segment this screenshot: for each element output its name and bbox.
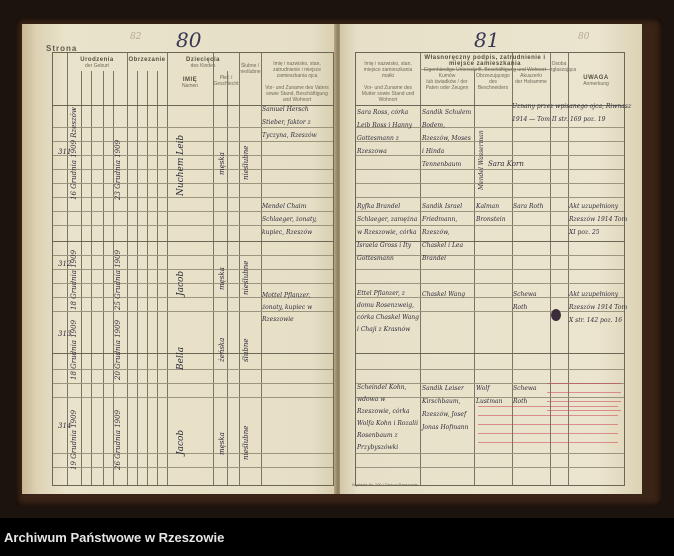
entry-sex: żeńska [218, 338, 226, 362]
register-scan: 82 80 Strona Urodzeniader Geburt Obrzeza… [0, 0, 674, 518]
entry-legitimacy: nieślubne [242, 261, 250, 295]
entry-circumciser: Kalman Bronstein [476, 200, 512, 226]
entry-birth: 19 Grudnia 1909 [70, 410, 78, 470]
header-father: Imię i nazwisko, stan, zatrudnienie i mi… [263, 61, 331, 103]
entry-circumciser: Mendel Wasserman [478, 130, 485, 190]
entry-circumciser: Wolf Lustman [476, 382, 512, 408]
header-birth: Urodzeniader Geburt [67, 57, 127, 69]
header-legitimacy: Ślubne / nieślubne [239, 63, 261, 75]
entry-child-name: Nuchem Leib [176, 135, 186, 196]
right-page-number: 81 [474, 28, 499, 52]
entry-mother: Scheindel Kohn, wdowa w Rzeszowie, córka… [357, 382, 419, 454]
right-pencil-number: 80 [578, 32, 589, 42]
entry-circumcision: 23 Grudnia 1909 [114, 140, 122, 200]
entry-notes: Akt uzupełniony Rzeszów 1914 Tom XI poz.… [569, 200, 631, 239]
left-pencil-number: 82 [130, 32, 141, 42]
header-mother: Imię i nazwisko, stan, miejsce zamieszka… [358, 61, 418, 103]
header-informant: Osoba zgłaszająca [550, 61, 568, 73]
entry-father: Mendel Chaim Schlaeger, żonaty, kupiec, … [262, 200, 332, 239]
archive-name: Archiwum Państwowe w Rzeszowie [4, 530, 224, 545]
header-midwife: Akuszerkider Hebamme [512, 73, 550, 85]
entry-circumcision: 20 Grudnia 1909 [114, 320, 122, 380]
entry-child-name: Jacob [176, 271, 186, 296]
entry-legitimacy: ślubne [242, 339, 250, 362]
entry-legitimacy: nieślubne [242, 146, 250, 180]
entry-mother: Ryfka Brandel Schlaeger, zamężna w Rzesz… [357, 200, 419, 265]
entry-notes: Akt uzupełniony Rzeszów 1914 Tom X str. … [569, 288, 631, 327]
entry-sex: męska [218, 267, 226, 290]
entry-witness: Sandik Israel Friedmann, Rzeszów, Chaske… [422, 200, 474, 265]
entry-midwife: Sara Roth [513, 200, 549, 213]
printer-line: Wydanie Nr. 100 / Druk w Rzeszowie [352, 482, 418, 487]
header-child: Dziecięciades Kindes [167, 57, 239, 69]
header-circumciser: Obrzezującegodes Beschneiders [474, 73, 512, 91]
entry-birth: 18 Grudnia 1909 [70, 320, 78, 380]
entry-midwife: Sara Korn [488, 160, 524, 168]
entry-witness: Chaskel Wang [422, 288, 474, 301]
entry-witness: Sandik Schulem Bodem, Rzeszów, Moses i H… [422, 106, 474, 171]
header-notes: UWAGAAnmerkung [568, 75, 624, 87]
entry-circumcision: 25 Grudnia 1909 [114, 250, 122, 310]
entry-father: Samuel Hersch Stieber, faktor z Tyczyna,… [262, 103, 332, 142]
entry-mother: Sara Ross, córka Leib Ross i Hanny Gotte… [357, 106, 419, 158]
entry-notes: Uznany przez wpisanego ojca, Riwnasz 191… [512, 100, 632, 126]
entry-sex: męska [218, 432, 226, 455]
entry-circumcision: 26 Grudnia 1909 [114, 410, 122, 470]
footer-bar: Archiwum Państwowe w Rzeszowie [0, 518, 674, 556]
entry-child-name: Bella [176, 347, 186, 370]
header-circumcision: Obrzezanie [127, 57, 167, 63]
entry-mother: Ettel Pflanzer, z domu Rosenzweig, córka… [357, 288, 419, 336]
entry-birth: 18 Grudnia 1909 [70, 250, 78, 310]
entry-father: Mottel Pflanzer, żonaty, kupiec w Rzeszo… [262, 290, 332, 326]
entry-legitimacy: nieślubne [242, 426, 250, 460]
entry-child-name: Jacob [176, 430, 186, 455]
red-ink-annotation [478, 406, 618, 448]
entry-birth: 16 Grudnia 1909 Rzeszów [70, 107, 78, 200]
entry-witness: Sandik Leiser Kirschbaum, Rzeszów, Josef… [422, 382, 474, 434]
entry-midwife: Schewa Roth [513, 288, 549, 314]
header-child-name: IMIĘNamen [167, 77, 213, 89]
header-witnesses: Kumówlub świadków / der Paten oder Zeuge… [420, 73, 474, 91]
header-sex: Płeć / Geschlecht [213, 75, 239, 87]
entry-sex: męska [218, 152, 226, 175]
left-page-number: 80 [176, 28, 201, 52]
entry-midwife: Schewa Roth [513, 382, 549, 408]
ink-stain [551, 309, 561, 321]
header-signatures: Własnoręczny podpis, zatrudnienie i miej… [420, 55, 550, 73]
